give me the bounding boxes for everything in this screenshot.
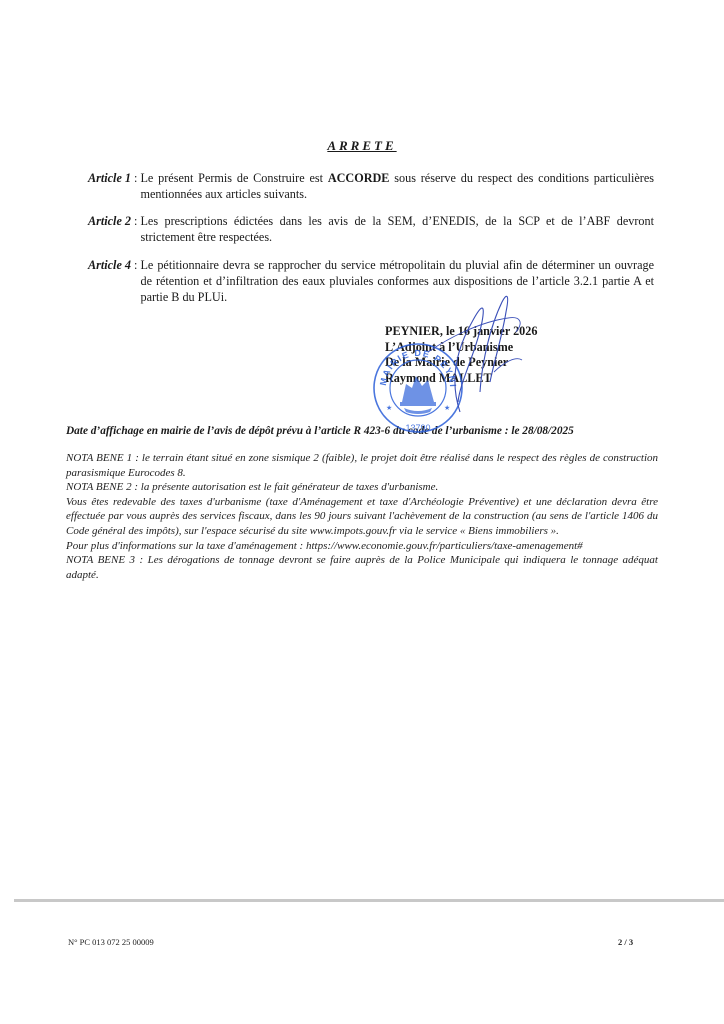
article-separator: :	[131, 170, 140, 202]
permit-reference-number: N° PC 013 072 25 00009	[68, 937, 154, 947]
article-text: Le pétitionnaire devra se rapprocher du …	[140, 257, 654, 305]
svg-text:★: ★	[386, 404, 392, 412]
nota-bene-2: NOTA BENE 2 : la présente autorisation e…	[66, 480, 658, 495]
handwritten-signature-icon	[420, 282, 530, 422]
document-title: ARRETE	[0, 138, 724, 154]
footer-divider	[14, 899, 724, 902]
article-2: Article 2 : Les prescriptions édictées d…	[88, 213, 654, 245]
article-separator: :	[131, 257, 140, 305]
article-1: Article 1 : Le présent Permis de Constru…	[88, 170, 654, 202]
article-text: Les prescriptions édictées dans les avis…	[140, 213, 654, 245]
stamp-postal-code: 13790	[405, 423, 430, 433]
article-4: Article 4 : Le pétitionnaire devra se ra…	[88, 257, 654, 305]
article-text-before: Le présent Permis de Construire est	[140, 171, 327, 185]
article-text: Le présent Permis de Construire est ACCO…	[140, 170, 654, 202]
decision-emphasis: ACCORDE	[328, 171, 390, 185]
article-separator: :	[131, 213, 140, 245]
article-label: Article 1	[88, 170, 131, 202]
nota-bene-1: NOTA BENE 1 : le terrain étant situé en …	[66, 451, 658, 480]
nota-bene-section: NOTA BENE 1 : le terrain étant situé en …	[66, 451, 658, 582]
nota-bene-3: NOTA BENE 3 : Les dérogations de tonnage…	[66, 553, 658, 582]
tax-notice: Vous êtes redevable des taxes d'urbanism…	[66, 495, 658, 539]
article-label: Article 4	[88, 257, 131, 305]
tax-info-link: Pour plus d'informations sur la taxe d'a…	[66, 539, 658, 554]
page-number: 2 / 3	[618, 937, 633, 947]
article-label: Article 2	[88, 213, 131, 245]
